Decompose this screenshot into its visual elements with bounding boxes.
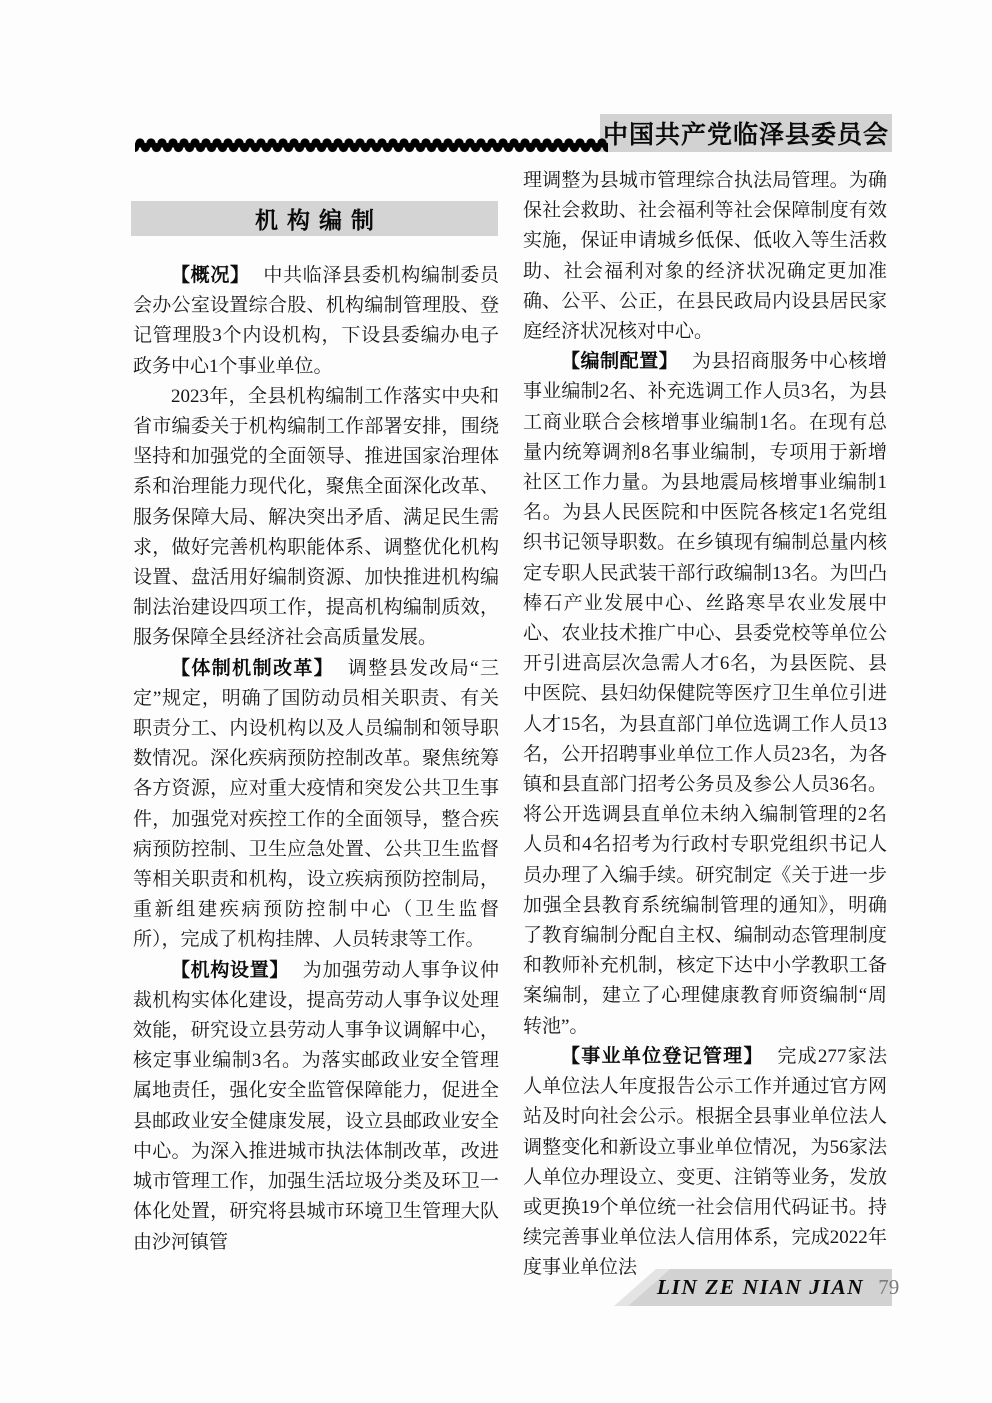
paragraph: 【体制机制改革】调整县发改局“三定”规定，明确了国防动员相关职责、有关职责分工、… xyxy=(133,654,499,956)
section-title-box: 机构编制 xyxy=(131,201,498,236)
footer-bar: LIN ZE NIAN JIAN 79 xyxy=(606,1269,892,1306)
rickrack-divider xyxy=(135,138,608,153)
entry-text: 完成277家法人单位法人年度报告公示工作并通过官方网站及时向社会公示。根据全县事… xyxy=(523,1046,887,1278)
header-banner: 中国共产党临泽县委员会 xyxy=(600,114,892,152)
paragraph: 【事业单位登记管理】完成277家法人单位法人年度报告公示工作并通过官方网站及时向… xyxy=(523,1042,887,1284)
yearbook-page: 中国共产党临泽县委员会 机构编制 【概况】中共临泽县委机构编制委员会办公室设置综… xyxy=(0,0,992,1403)
page-number: 79 xyxy=(878,1275,899,1300)
entry-heading: 【机构设置】 xyxy=(171,960,289,981)
entry-text: 调整县发改局“三定”规定，明确了国防动员相关职责、有关职责分工、内设机构以及人员… xyxy=(133,658,499,951)
paragraph: 【概况】中共临泽县委机构编制委员会办公室设置综合股、机构编制管理股、登记管理股3… xyxy=(133,261,499,382)
entry-text: 理调整为县城市管理综合执法局管理。为确保社会救助、社会福利等社会保障制度有效实施… xyxy=(523,170,887,342)
entry-heading: 【概况】 xyxy=(171,265,250,286)
entry-heading: 【编制配置】 xyxy=(561,351,678,372)
entry-heading: 【事业单位登记管理】 xyxy=(561,1046,764,1067)
institution-title: 中国共产党临泽县委员会 xyxy=(603,115,889,151)
section-title: 机构编制 xyxy=(246,202,383,235)
left-column: 【概况】中共临泽县委机构编制委员会办公室设置综合股、机构编制管理股、登记管理股3… xyxy=(133,261,499,1258)
entry-text: 为县招商服务中心核增事业编制2名、补充选调工作人员3名，为县工商业联合会核增事业… xyxy=(523,351,887,1036)
paragraph: 2023年，全县机构编制工作落实中央和省市编委关于机构编制工作部署安排，围绕坚持… xyxy=(133,382,499,654)
right-column: 理调整为县城市管理综合执法局管理。为确保社会救助、社会福利等社会保障制度有效实施… xyxy=(523,166,887,1284)
footer-content: LIN ZE NIAN JIAN 79 xyxy=(670,1269,886,1306)
paragraph: 理调整为县城市管理综合执法局管理。为确保社会救助、社会福利等社会保障制度有效实施… xyxy=(523,166,887,347)
entry-text: 为加强劳动人事争议仲裁机构实体化建设，提高劳动人事争议处理效能，研究设立县劳动人… xyxy=(133,960,499,1253)
paragraph: 【机构设置】为加强劳动人事争议仲裁机构实体化建设，提高劳动人事争议处理效能，研究… xyxy=(133,956,499,1258)
entry-heading: 【体制机制改革】 xyxy=(171,658,334,679)
journal-name: LIN ZE NIAN JIAN xyxy=(657,1275,864,1300)
entry-text: 2023年，全县机构编制工作落实中央和省市编委关于机构编制工作部署安排，围绕坚持… xyxy=(133,386,499,649)
paragraph: 【编制配置】为县招商服务中心核增事业编制2名、补充选调工作人员3名，为县工商业联… xyxy=(523,347,887,1042)
